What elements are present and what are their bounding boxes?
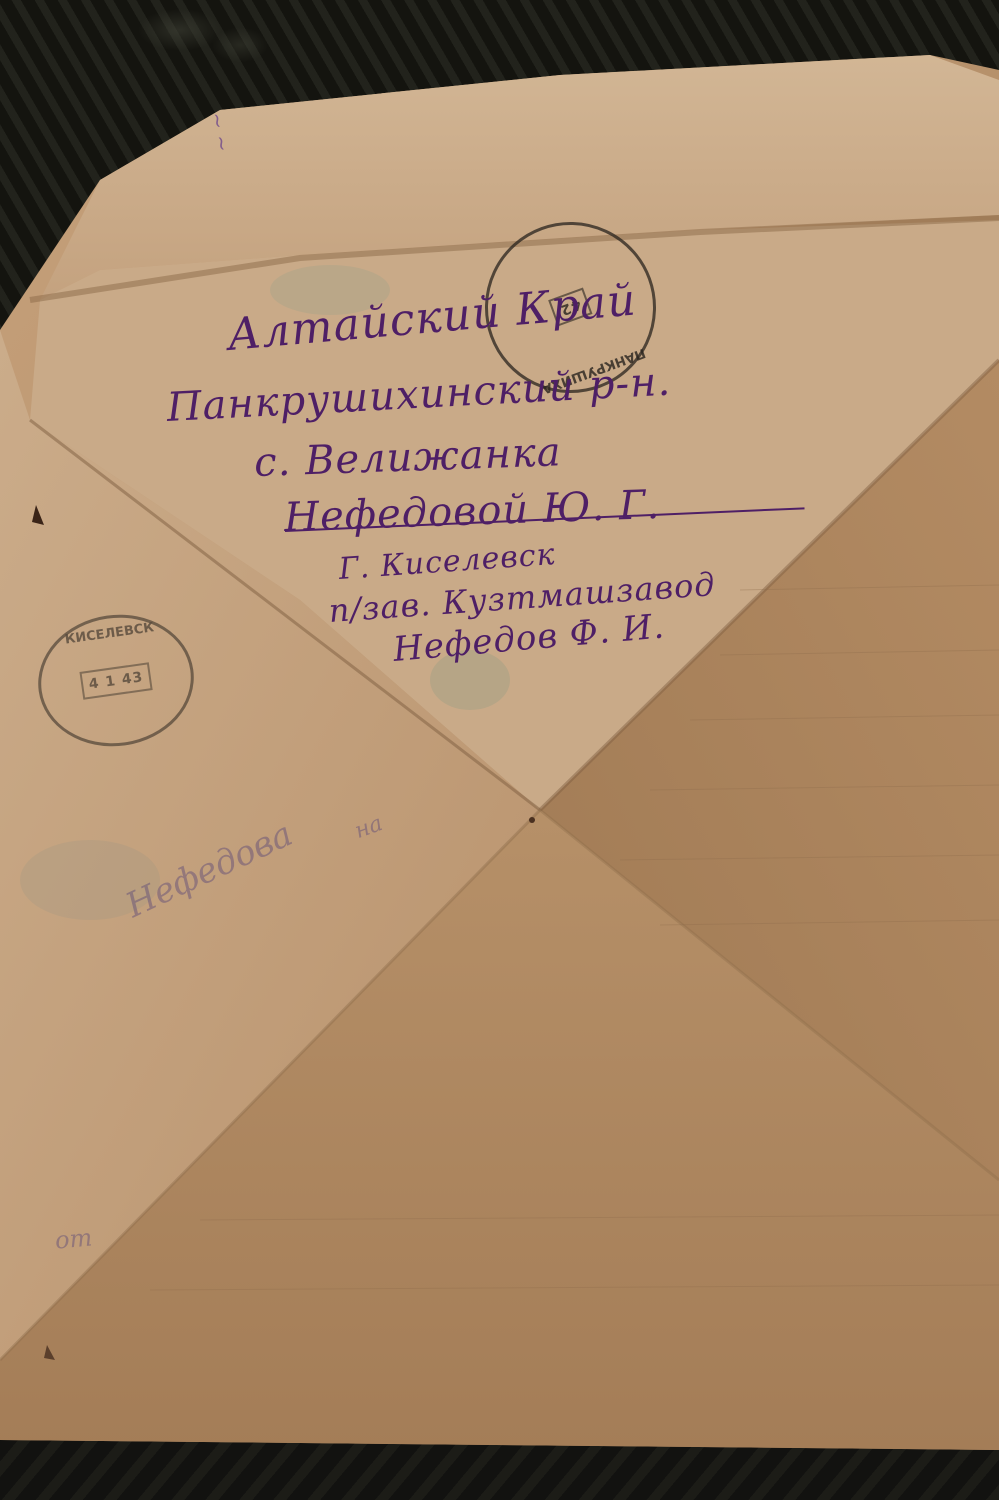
address-village: Велижанка — [304, 429, 562, 484]
village-prefix: с. — [253, 439, 292, 486]
postmark-left-date: 4 1 43 — [79, 662, 153, 700]
letter-photo: ~ ~ ПАНКРУШИХА 42 КИСЕЛЕВСК 4 1 43 Алтай… — [0, 0, 999, 1500]
faint-note-bottom-left: от — [54, 1223, 94, 1254]
folded-letter-paper — [0, 0, 999, 1500]
